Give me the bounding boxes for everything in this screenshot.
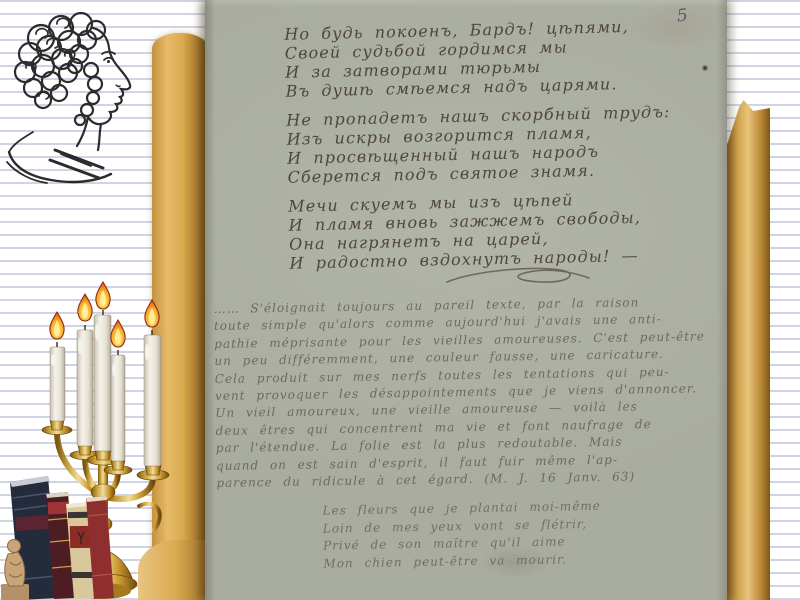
pushkin-profile-sketch-icon	[3, 4, 163, 192]
russian-poem: Но будь покоенъ, Бардъ! цѣпями, Своей су…	[284, 15, 710, 282]
russian-stanza-2: Не пропадетъ нашъ скорбный трудъ: Изъ ис…	[286, 101, 708, 187]
scroll-right-roll	[726, 100, 770, 600]
french-prose: …… S'éloignait toujours au pareil texte,…	[214, 293, 725, 492]
antique-books-icon	[0, 472, 140, 600]
ink-flourish-icon	[443, 262, 593, 290]
russian-stanza-3: Мечи скуемъ мы изъ цѣпей И пламя вновь з…	[288, 187, 710, 273]
french-verse: Les fleurs que je plantai moi-même Loin …	[322, 497, 623, 572]
presentation-slide: 5 Но будь покоенъ, Бардъ! цѣпями, Своей …	[0, 0, 800, 600]
russian-stanza-1: Но будь покоенъ, Бардъ! цѣпями, Своей су…	[284, 15, 706, 101]
manuscript-page: 5 Но будь покоенъ, Бардъ! цѣпями, Своей …	[205, 0, 727, 600]
